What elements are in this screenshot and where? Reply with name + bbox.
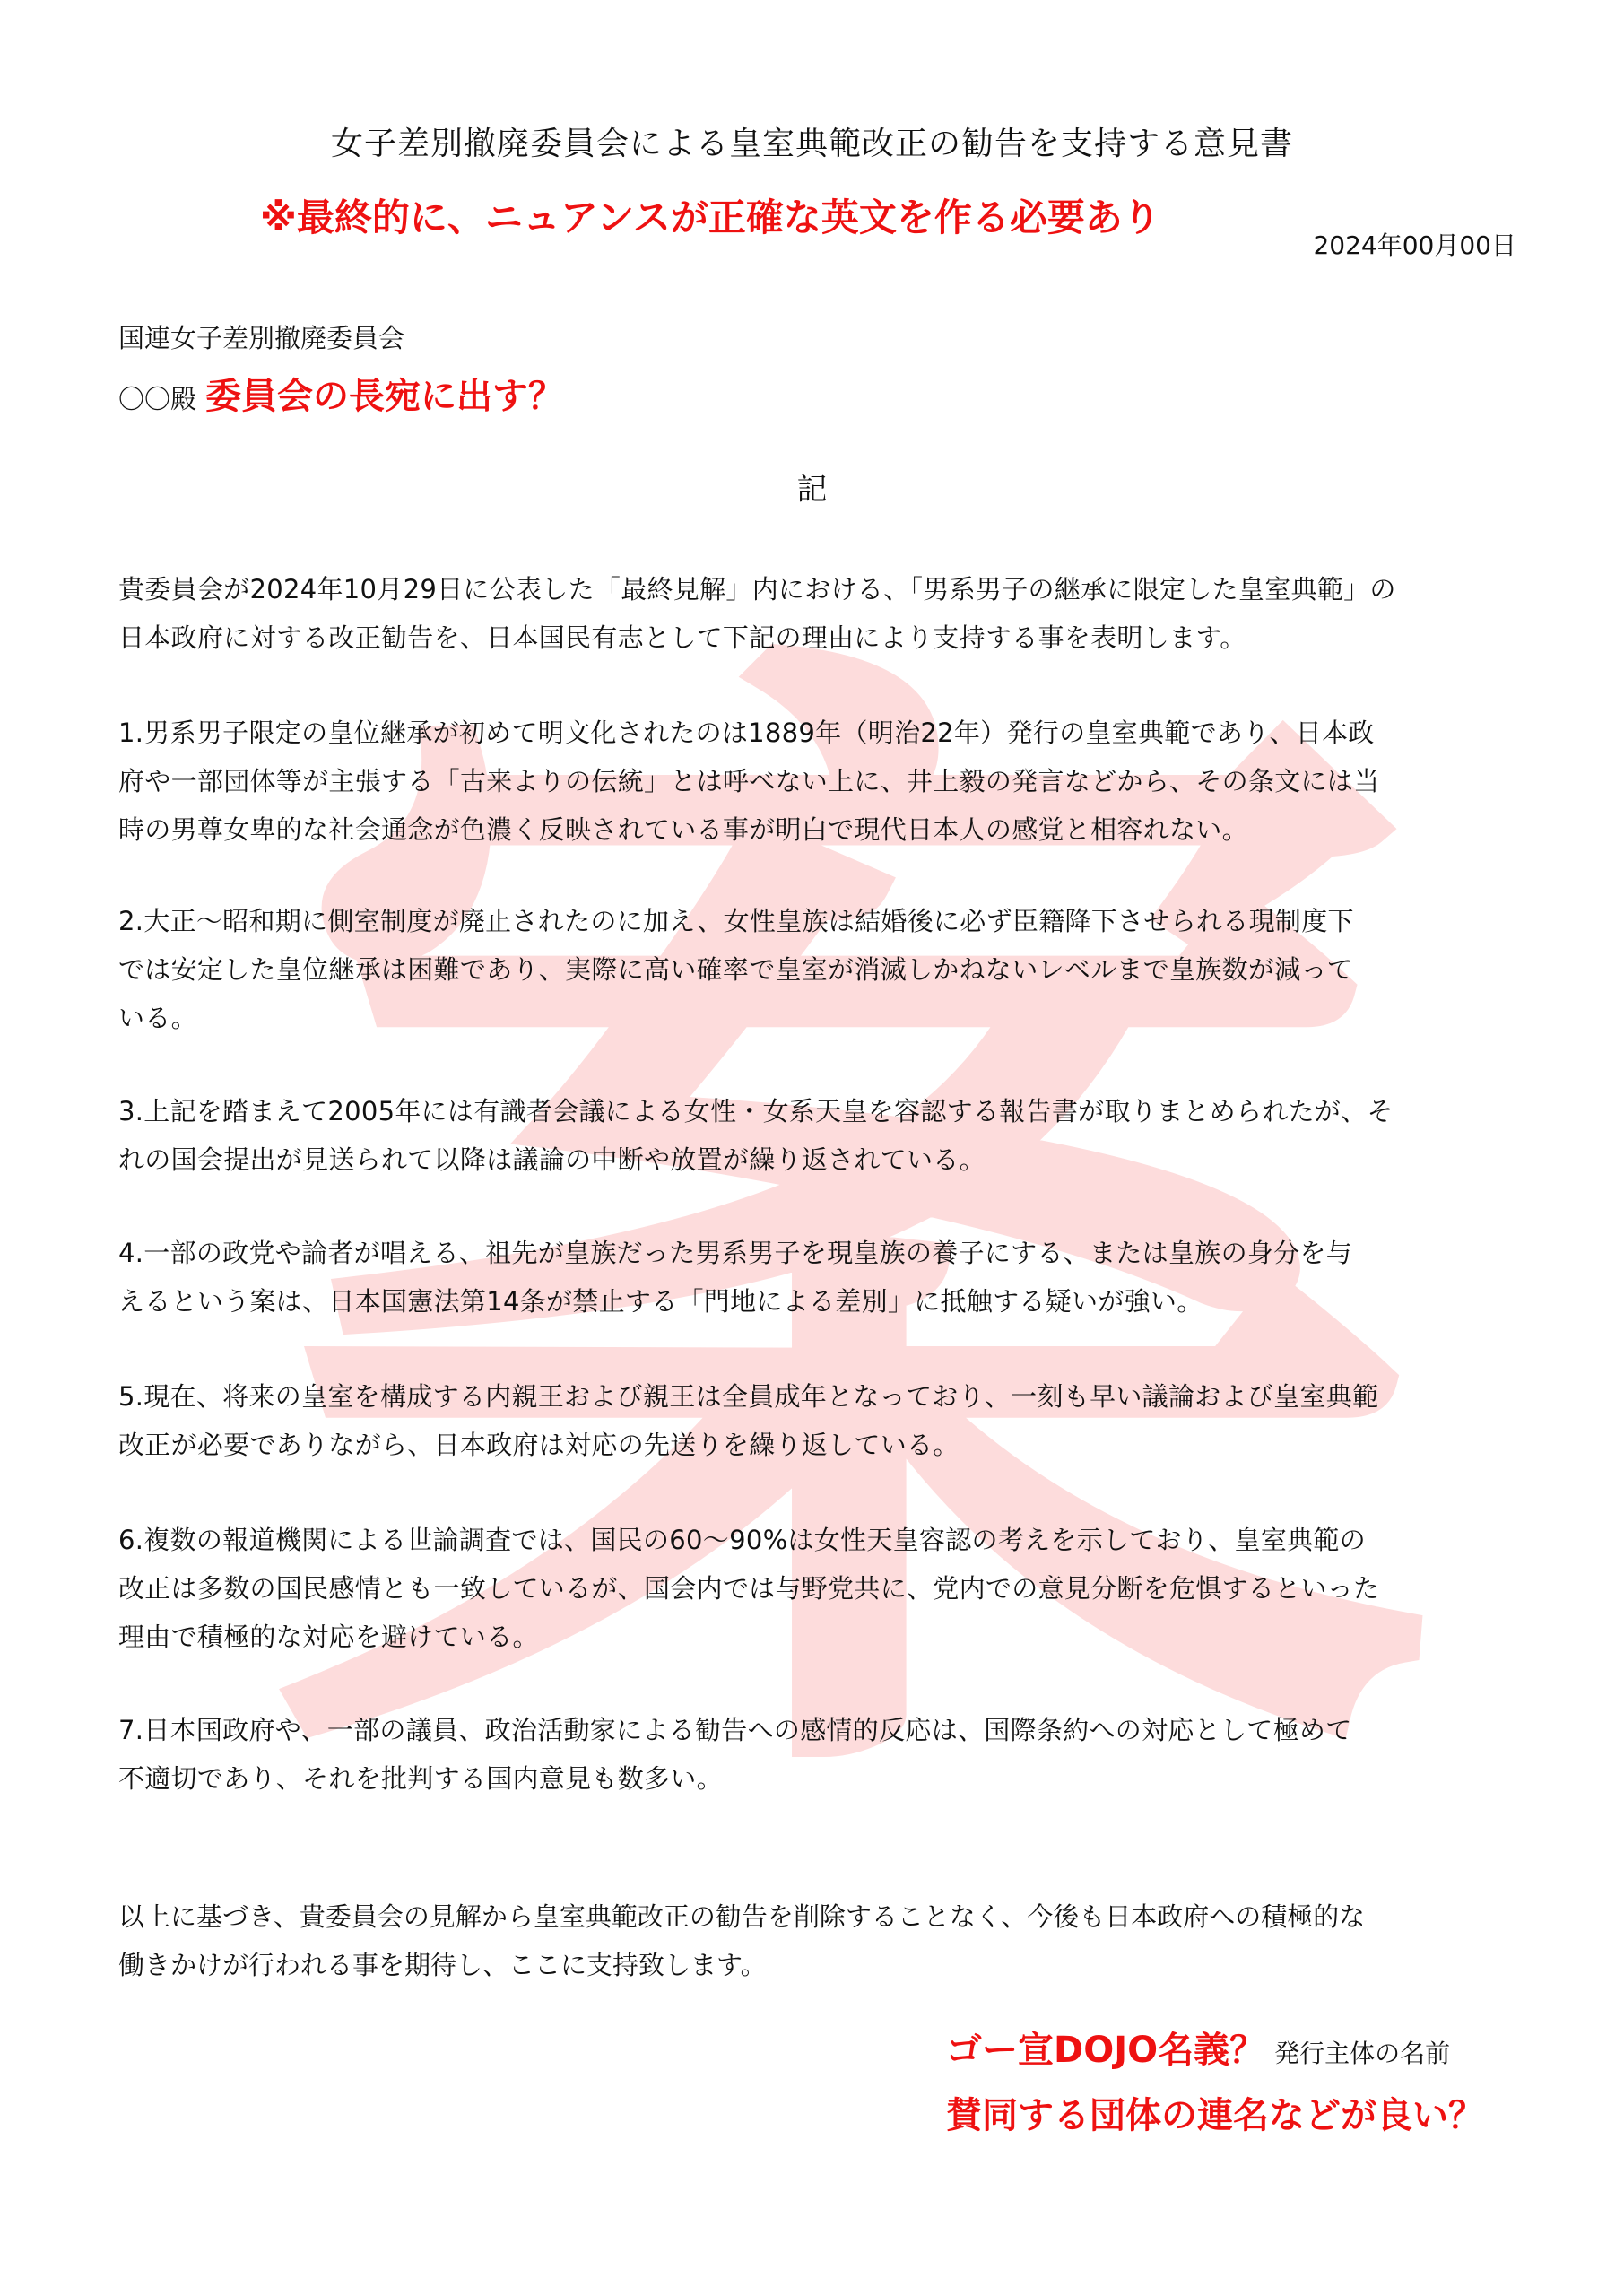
reason-1: 1.男系男子限定の皇位継承が初めて明文化されたのは1889年（明治22年）発行の… bbox=[118, 709, 1517, 854]
signature-row: ゴー宣DOJO名義？ 発行主体の名前 bbox=[946, 2029, 1450, 2072]
reason-line: いる。 bbox=[118, 994, 1517, 1042]
closing-line: 働きかけが行われる事を期待し、ここに支持致します。 bbox=[118, 1941, 1517, 1989]
document-date: 2024年00月00日 bbox=[1313, 226, 1516, 262]
intro-line: 日本政府に対する改正勧告を、日本国民有志として下記の理由により支持する事を表明し… bbox=[118, 613, 1517, 662]
document-title: 女子差別撤廃委員会による皇室典範改正の勧告を支持する意見書 bbox=[0, 118, 1624, 164]
reason-line: 府や一部団体等が主張する「古来よりの伝統」とは呼べない上に、井上毅の発言などから… bbox=[118, 757, 1517, 805]
intro-paragraph: 貴委員会が2024年10月29日に公表した「最終見解」内における、「男系男子の継… bbox=[118, 565, 1517, 662]
reason-7: 7.日本国政府や、一部の議員、政治活動家による勧告への感情的反応は、国際条約への… bbox=[118, 1706, 1517, 1803]
reason-line: 7.日本国政府や、一部の議員、政治活動家による勧告への感情的反応は、国際条約への… bbox=[118, 1706, 1517, 1754]
document-page: 女子差別撤廃委員会による皇室典範改正の勧告を支持する意見書 ※最終的に、ニュアン… bbox=[0, 0, 1624, 2296]
addressee-row: 〇〇殿 委員会の長宛に出す？ bbox=[118, 377, 564, 416]
reason-line: 時の男尊女卑的な社会通念が色濃く反映されている事が明白で現代日本人の感覚と相容れ… bbox=[118, 805, 1517, 854]
reason-line: 3.上記を踏まえて2005年には有識者会議による女性・女系天皇を容認する報告書が… bbox=[118, 1087, 1517, 1135]
closing-paragraph: 以上に基づき、貴委員会の見解から皇室典範改正の勧告を削除することなく、今後も日本… bbox=[118, 1892, 1517, 1989]
reason-line: 改正は多数の国民感情とも一致しているが、国会内では与野党共に、党内での意見分断を… bbox=[118, 1564, 1517, 1613]
reason-line: 不適切であり、それを批判する国内意見も数多い。 bbox=[118, 1754, 1517, 1803]
reason-2: 2.大正～昭和期に側室制度が廃止されたのに加え、女性皇族は結婚後に必ず臣籍降下さ… bbox=[118, 897, 1517, 1042]
reason-line: 4.一部の政党や論者が唱える、祖先が皇族だった男系男子を現皇族の養子にする、また… bbox=[118, 1229, 1517, 1277]
annotation-joint-signature-note: 賛同する団体の連名などが良い？ bbox=[946, 2095, 1484, 2136]
reason-line: れの国会提出が見送られて以降は議論の中断や放置が繰り返されている。 bbox=[118, 1135, 1517, 1184]
reason-4: 4.一部の政党や論者が唱える、祖先が皇族だった男系男子を現皇族の養子にする、また… bbox=[118, 1229, 1517, 1326]
closing-line: 以上に基づき、貴委員会の見解から皇室典範改正の勧告を削除することなく、今後も日本… bbox=[118, 1892, 1517, 1941]
reason-line: 2.大正～昭和期に側室制度が廃止されたのに加え、女性皇族は結婚後に必ず臣籍降下さ… bbox=[118, 897, 1517, 945]
annotation-english-note: ※最終的に、ニュアンスが正確な英文を作る必要あり bbox=[260, 188, 1160, 242]
reason-line: 改正が必要でありながら、日本政府は対応の先送りを繰り返している。 bbox=[118, 1421, 1517, 1469]
reason-line: えるという案は、日本国憲法第14条が禁止する「門地による差別」に抵触する疑いが強… bbox=[118, 1277, 1517, 1326]
annotation-issuer-note: ゴー宣DOJO名義？ bbox=[946, 2029, 1265, 2072]
ki-heading: 記 bbox=[0, 465, 1624, 509]
reason-3: 3.上記を踏まえて2005年には有識者会議による女性・女系天皇を容認する報告書が… bbox=[118, 1087, 1517, 1184]
reason-line: 1.男系男子限定の皇位継承が初めて明文化されたのは1889年（明治22年）発行の… bbox=[118, 709, 1517, 757]
reason-line: 理由で積極的な対応を避けている。 bbox=[118, 1613, 1517, 1661]
addressee-organization: 国連女子差別撤廃委員会 bbox=[118, 318, 404, 355]
reason-line: 6.複数の報道機関による世論調査では、国民の60～90%は女性天皇容認の考えを示… bbox=[118, 1516, 1517, 1564]
reason-6: 6.複数の報道機関による世論調査では、国民の60～90%は女性天皇容認の考えを示… bbox=[118, 1516, 1517, 1661]
reason-line: では安定した皇位継承は困難であり、実際に高い確率で皇室が消滅しかねないレベルまで… bbox=[118, 945, 1517, 994]
issuer-name-label: 発行主体の名前 bbox=[1274, 2036, 1450, 2072]
addressee-honorific: 〇〇殿 bbox=[118, 379, 196, 416]
reason-line: 5.現在、将来の皇室を構成する内親王および親王は全員成年となっており、一刻も早い… bbox=[118, 1372, 1517, 1421]
intro-line: 貴委員会が2024年10月29日に公表した「最終見解」内における、「男系男子の継… bbox=[118, 565, 1517, 613]
annotation-addressee-note: 委員会の長宛に出す？ bbox=[205, 377, 564, 416]
signature-row-2: 賛同する団体の連名などが良い？ bbox=[946, 2094, 1484, 2137]
reason-5: 5.現在、将来の皇室を構成する内親王および親王は全員成年となっており、一刻も早い… bbox=[118, 1372, 1517, 1469]
